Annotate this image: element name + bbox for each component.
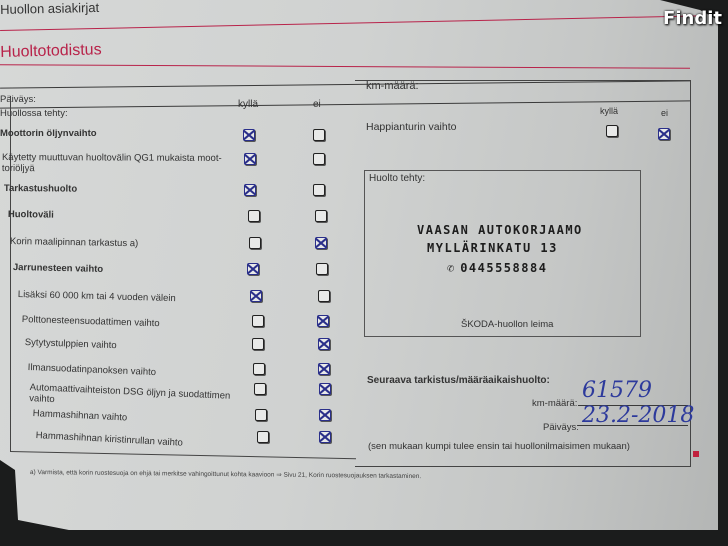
stamp-line-3: 0445558884 (460, 261, 547, 275)
right-col-yes-header: kyllä (600, 106, 618, 116)
checklist-yes-checkbox[interactable] (252, 338, 264, 350)
checklist-no-checkbox[interactable] (313, 184, 325, 196)
checklist-item-label: Tarkastushuolto (4, 183, 77, 195)
checklist-no-checkbox[interactable] (317, 315, 329, 327)
stamp-phone-row: ✆ 0445558884 (447, 259, 547, 277)
service-book-page: Huollon asiakirjat Huoltotodistus Päiväy… (0, 0, 718, 530)
checklist-yes-checkbox[interactable] (249, 237, 261, 249)
checklist-item-label: Huoltoväli (8, 209, 54, 221)
checklist-no-checkbox[interactable] (319, 383, 331, 395)
checklist-no-checkbox[interactable] (316, 263, 328, 275)
checklist-no-checkbox[interactable] (315, 237, 327, 249)
checklist-item-label: Moottorin öljynvaihto (0, 128, 97, 139)
checklist-yes-checkbox[interactable] (257, 431, 269, 443)
checklist-item-label: Korin maalipinnan tarkastus a) (10, 236, 139, 249)
page-marker (693, 451, 699, 457)
next-date-line (578, 425, 688, 426)
checklist-yes-checkbox[interactable] (244, 153, 256, 165)
checklist-yes-checkbox[interactable] (254, 383, 266, 395)
checklist-no-checkbox[interactable] (318, 338, 330, 350)
phone-icon: ✆ (447, 261, 456, 275)
checklist-yes-checkbox[interactable] (248, 210, 260, 222)
checklist-no-checkbox[interactable] (313, 153, 325, 165)
checklist-no-checkbox[interactable] (315, 210, 327, 222)
checklist-yes-checkbox[interactable] (243, 129, 255, 141)
next-km-value: 61579 (582, 378, 652, 403)
oxygen-sensor-no-checkbox[interactable] (658, 128, 670, 140)
stamp-line-1: VAASAN AUTOKORJAAMO (417, 223, 583, 237)
section-title: Huoltotodistus (0, 41, 102, 62)
checklist-yes-checkbox[interactable] (250, 290, 262, 302)
checklist-item-label: Jarrunesteen vaihto (13, 262, 104, 275)
checklist-no-checkbox[interactable] (313, 129, 325, 141)
checklist-yes-checkbox[interactable] (252, 315, 264, 327)
dealer-stamp-box: Huolto tehty: VAASAN AUTOKORJAAMO MYLLÄR… (364, 170, 641, 337)
next-date-label: Päiväys: (543, 422, 579, 433)
findit-watermark: Findit (663, 8, 722, 29)
checklist-no-checkbox[interactable] (319, 409, 331, 421)
next-service-title: Seuraava tarkistus/määräaikaishuolto: (367, 375, 550, 386)
section-rule (0, 64, 690, 69)
next-service-note: (sen mukaan kumpi tulee ensin tai huollo… (368, 441, 630, 452)
checklist-no-checkbox[interactable] (318, 363, 330, 375)
right-col-no-header: ei (661, 108, 668, 118)
page-header-title: Huollon asiakirjat (0, 0, 99, 17)
checklist-yes-checkbox[interactable] (253, 363, 265, 375)
next-km-label: km-määrä: (532, 398, 577, 409)
checklist-yes-checkbox[interactable] (244, 184, 256, 196)
stamp-label: Huolto tehty: (369, 173, 425, 184)
stamp-line-2: MYLLÄRINKATU 13 (427, 241, 558, 255)
oxygen-sensor-yes-checkbox[interactable] (606, 125, 618, 137)
oxygen-sensor-label: Happianturin vaihto (366, 121, 456, 133)
checklist-no-checkbox[interactable] (319, 431, 331, 443)
header-rule (0, 15, 700, 31)
checklist-yes-checkbox[interactable] (247, 263, 259, 275)
checklist-no-checkbox[interactable] (318, 290, 330, 302)
checklist-item-label: Käytetty muuttuvan huoltovälin QG1 mukai… (2, 152, 222, 175)
stamp-caption: ŠKODA-huollon leima (461, 319, 553, 330)
checklist-yes-checkbox[interactable] (255, 409, 267, 421)
footnote: a) Varmista, että korin ruostesuoja on e… (30, 468, 421, 480)
